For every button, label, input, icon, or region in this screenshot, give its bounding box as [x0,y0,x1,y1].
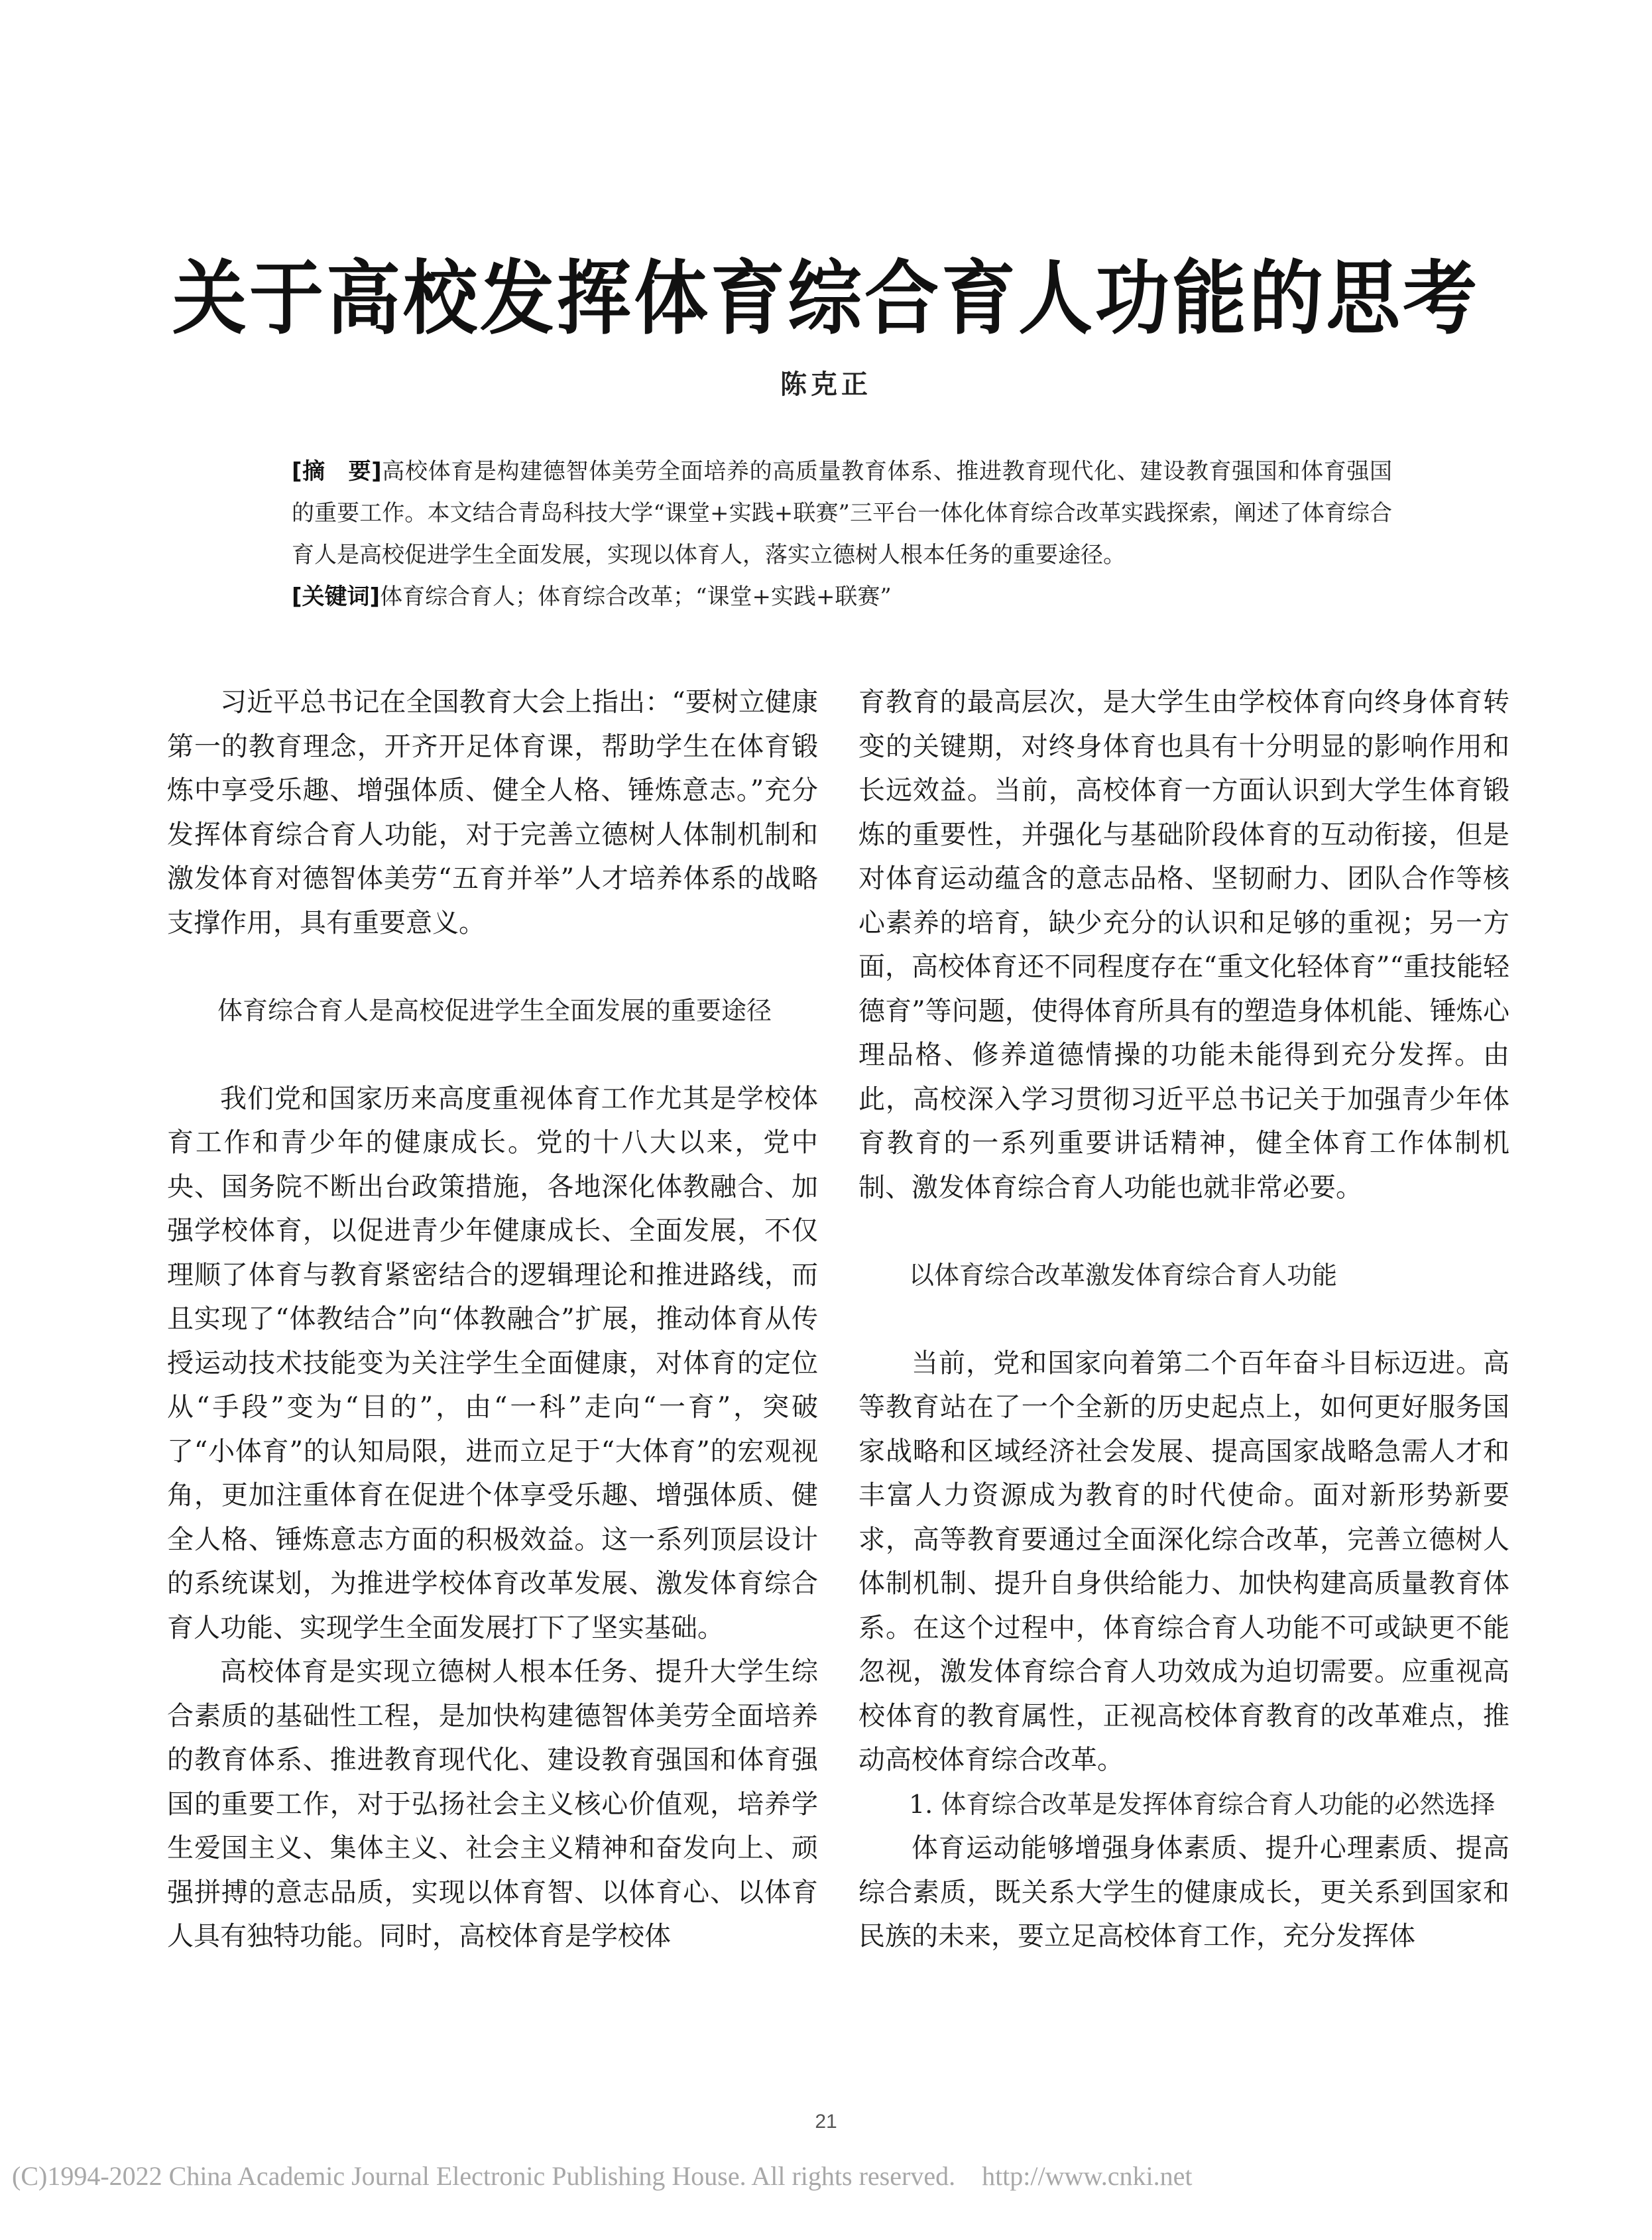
abstract-text: 高校体育是构建德智体美劳全面培养的高质量教育体系、推进教育现代化、建设教育强国和… [292,458,1392,568]
left-column: 习近平总书记在全国教育大会上指出：“要树立健康第一的教育理念，开齐开足体育课，帮… [167,680,818,1959]
article-title: 关于高校发挥体育综合育人功能的思考 [0,235,1652,350]
abstract: [摘 要]高校体育是构建德智体美劳全面培养的高质量教育体系、推进教育现代化、建设… [292,451,1392,576]
body-paragraph: 我们党和国家历来高度重视体育工作尤其是学校体育工作和青少年的健康成长。党的十八大… [167,1077,818,1650]
section-heading-1: 体育综合育人是高校促进学生全面发展的重要途径 [167,989,818,1033]
copyright-notice: (C)1994-2022 China Academic Journal Elec… [12,2160,1603,2192]
right-column: 育教育的最高层次，是大学生由学校体育向终身体育转变的关键期，对终身体育也具有十分… [858,680,1509,1959]
subsection-heading-1: 1. 体育综合改革是发挥体育综合育人功能的必然选择 [858,1782,1509,1827]
author-name: 陈克正 [0,363,1652,401]
intro-paragraph: 习近平总书记在全国教育大会上指出：“要树立健康第一的教育理念，开齐开足体育课，帮… [167,680,818,945]
abstract-block: [摘 要]高校体育是构建德智体美劳全面培养的高质量教育体系、推进教育现代化、建设… [292,451,1392,618]
abstract-label: [摘 要] [292,458,382,485]
body-paragraph-continued: 育教育的最高层次，是大学生由学校体育向终身体育转变的关键期，对终身体育也具有十分… [858,680,1509,1210]
body-paragraph: 高校体育是实现立德树人根本任务、提升大学生综合素质的基础性工程，是加快构建德智体… [167,1650,818,1959]
page-number: 21 [0,2111,1652,2133]
body-paragraph: 当前，党和国家向着第二个百年奋斗目标迈进。高等教育站在了一个全新的历史起点上，如… [858,1341,1509,1782]
section-heading-2: 以体育综合改革激发体育综合育人功能 [858,1253,1509,1298]
keywords-text: 体育综合育人；体育综合改革；“课堂+实践+联赛” [380,584,892,610]
keywords: [关键词]体育综合育人；体育综合改革；“课堂+实践+联赛” [292,576,1392,618]
keywords-label: [关键词] [292,584,380,610]
body-paragraph: 体育运动能够增强身体素质、提升心理素质、提高综合素质，既关系大学生的健康成长，更… [858,1826,1509,1959]
